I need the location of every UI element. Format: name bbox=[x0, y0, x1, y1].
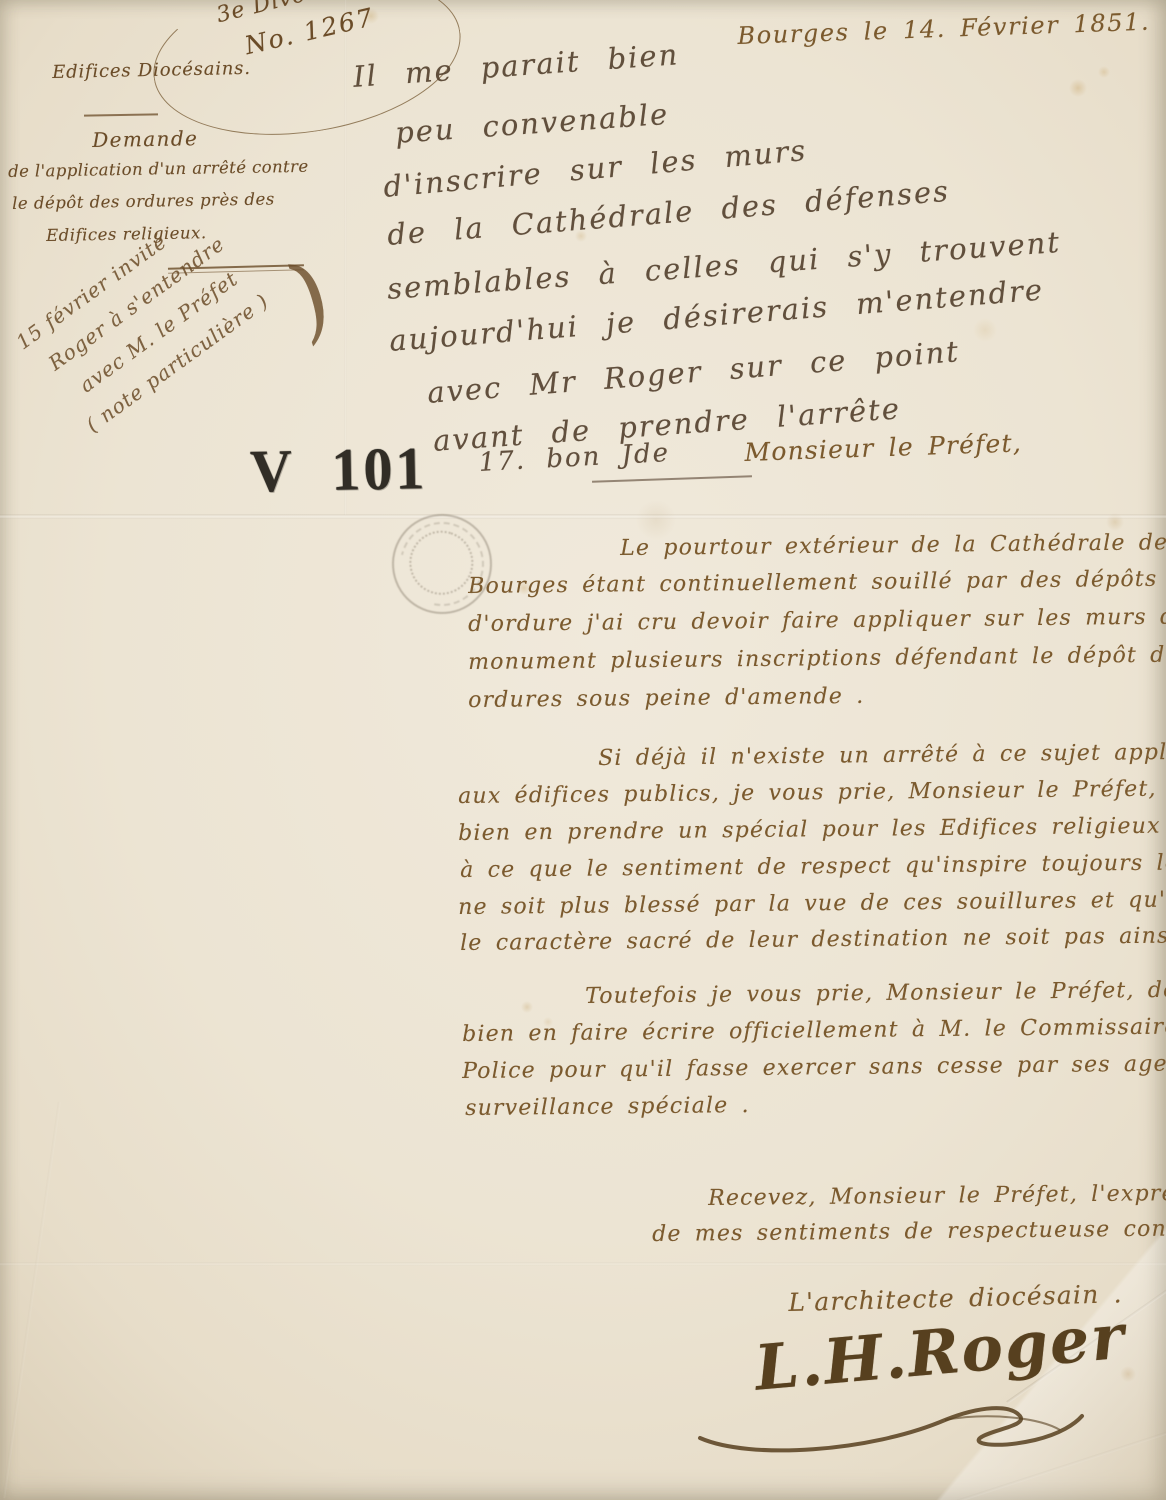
archive-round-stamp bbox=[379, 501, 505, 627]
subject-line: de l'application d'un arrêté contre bbox=[8, 157, 309, 181]
archive-round-stamp-arc bbox=[384, 506, 500, 622]
body-line: Le pourtour extérieur de la Cathédrale d… bbox=[620, 530, 1166, 561]
horizontal-fold-crease bbox=[0, 514, 1166, 519]
salutation: Monsieur le Préfet, bbox=[744, 428, 1022, 467]
flourish-underline bbox=[592, 475, 752, 483]
body-line: bien en faire écrire officiellement à M.… bbox=[462, 1014, 1166, 1047]
body-line: ne soit plus blessé par la vue de ces so… bbox=[458, 886, 1166, 920]
prefect-note-line: peu convenable bbox=[394, 97, 670, 150]
body-line: bien en prendre un spécial pour les Edif… bbox=[458, 812, 1166, 846]
body-line: Bourges étant continuellement souillé pa… bbox=[468, 567, 1158, 599]
subject-line: Demande bbox=[92, 126, 198, 152]
note-parenthesis: ) bbox=[268, 241, 350, 352]
body-line: monument plusieurs inscriptions défendan… bbox=[468, 642, 1166, 675]
body-line: Toutefois je vous prie, Monsieur le Préf… bbox=[585, 977, 1166, 1009]
v101-stamp: V 101 bbox=[249, 433, 428, 506]
horizontal-fold-crease bbox=[0, 1262, 1166, 1266]
body-line: Police pour qu'il fasse exercer sans ces… bbox=[462, 1051, 1166, 1084]
body-line: le caractère sacré de leur destination n… bbox=[460, 922, 1166, 956]
body-line: Si déjà il n'existe un arrêté à ce sujet… bbox=[598, 739, 1166, 771]
signature-flourish bbox=[690, 1360, 1090, 1480]
subject-line: le dépôt des ordures près des bbox=[12, 189, 275, 213]
body-line: ordures sous peine d'amende . bbox=[468, 684, 865, 713]
body-line: surveillance spéciale . bbox=[465, 1093, 750, 1121]
body-line: d'ordure j'ai cru devoir faire appliquer… bbox=[468, 604, 1166, 637]
letter-page: 3e Divon No. 1267 Edifices Diocésains. D… bbox=[0, 0, 1166, 1500]
margin-rule bbox=[84, 113, 158, 116]
margin-heading: Edifices Diocésains. bbox=[52, 58, 251, 83]
body-line: à ce que le sentiment de respect qu'insp… bbox=[460, 849, 1166, 883]
body-line: aux édifices publics, je vous prie, Mons… bbox=[458, 775, 1166, 809]
closing-line: Recevez, Monsieur le Préfet, l'expressio… bbox=[708, 1180, 1166, 1211]
left-edge-crease bbox=[2, 1102, 61, 1499]
closing-line: de mes sentiments de respectueuse consid… bbox=[652, 1215, 1166, 1247]
dateline: Bourges le 14. Février 1851. bbox=[737, 8, 1151, 50]
